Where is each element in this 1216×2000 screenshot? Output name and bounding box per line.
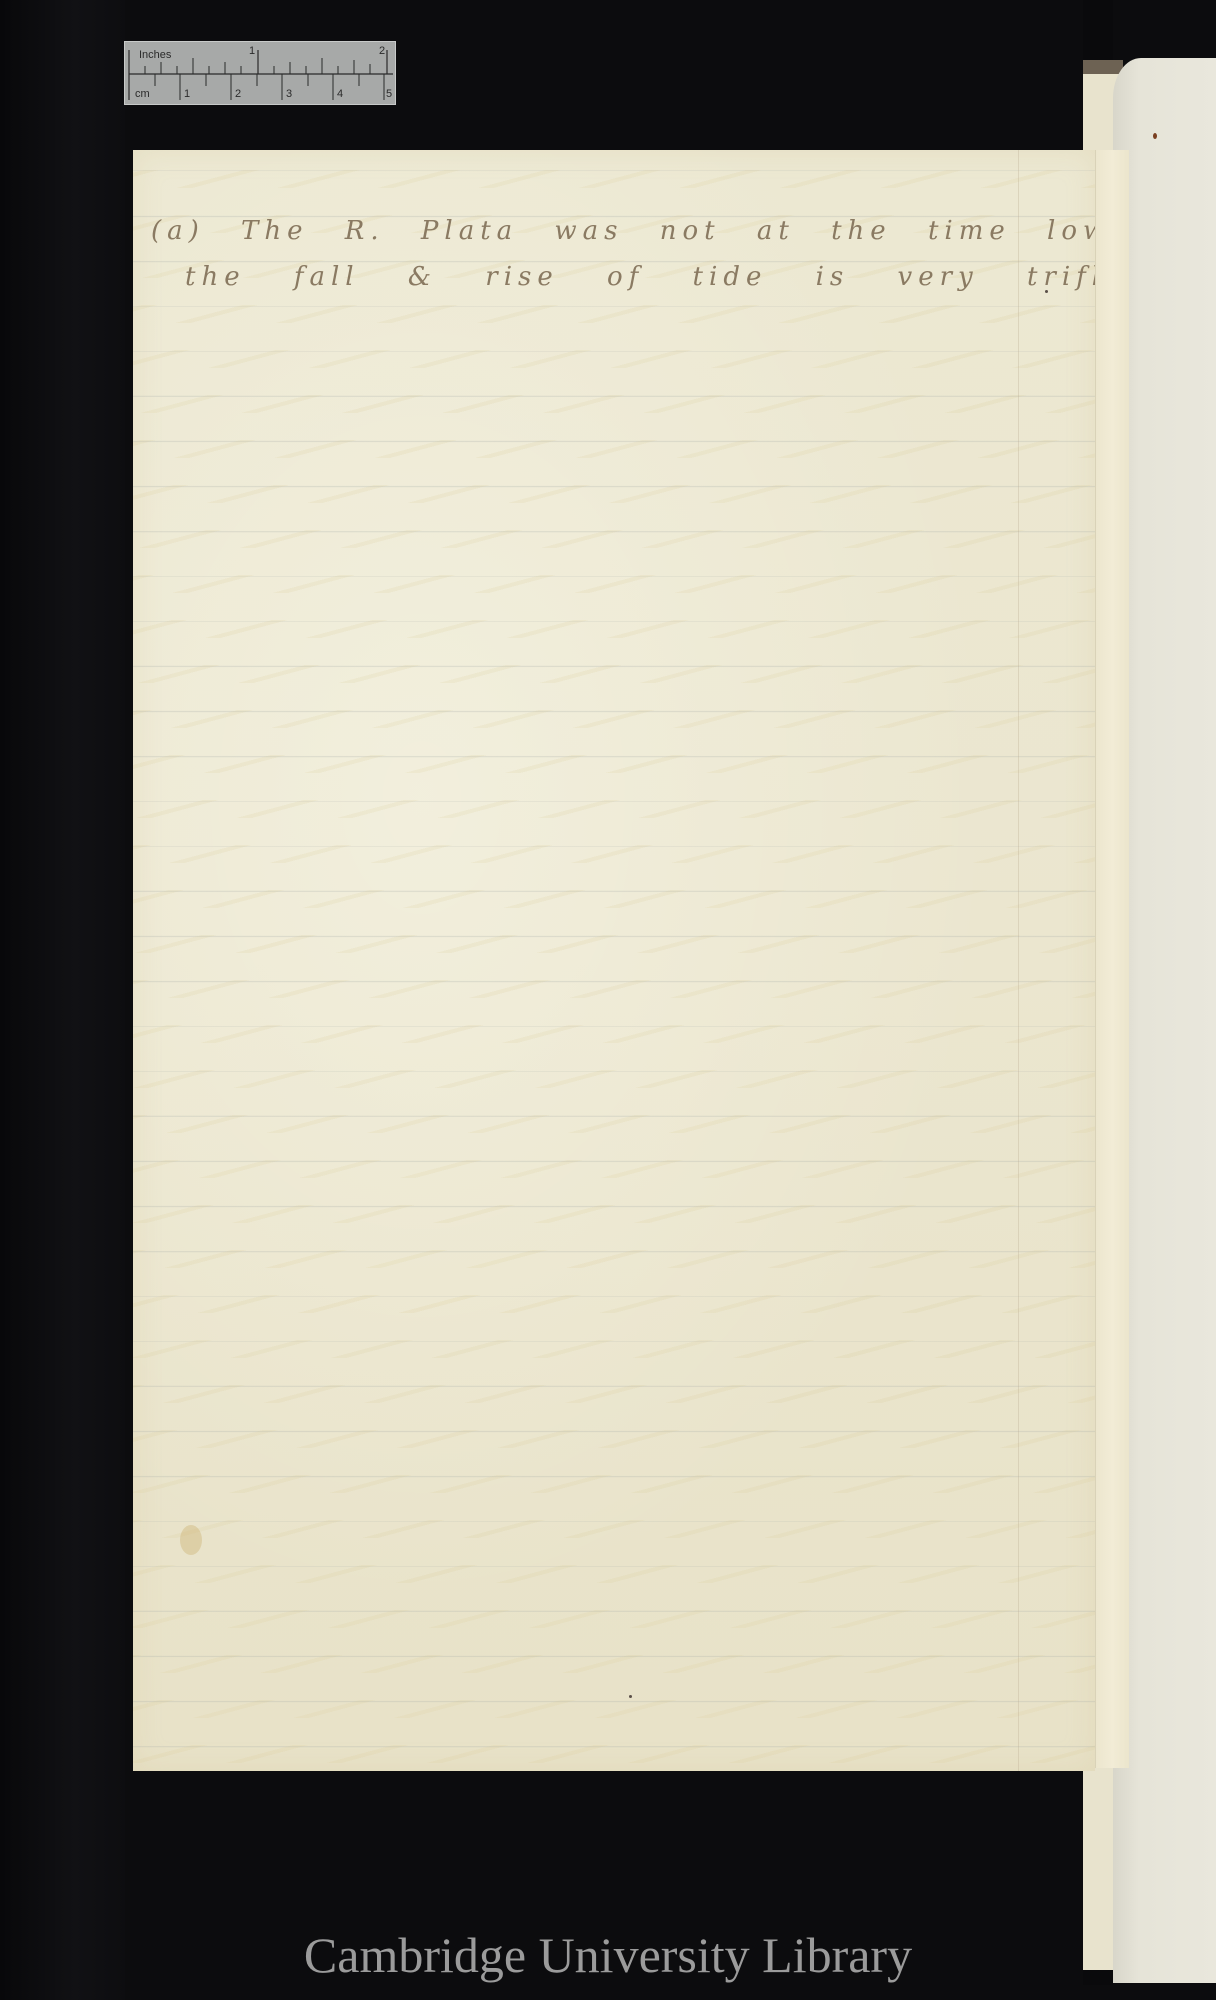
binding-edge xyxy=(1083,60,1123,74)
note-line-1: (a) The R. Plata was not at the time low… xyxy=(151,216,1095,246)
ruler-cm-mark: 1 xyxy=(184,89,190,100)
ruler-cm-mark: 2 xyxy=(235,89,241,100)
ink-spot xyxy=(1153,133,1157,139)
ruler-inches-label: Inches xyxy=(139,50,171,61)
page-fold-strip xyxy=(1095,150,1129,1768)
margin-line xyxy=(1018,150,1019,1771)
ruler-cm-label: cm xyxy=(135,89,150,100)
note-line-2: the fall & rise of tide is very trifling… xyxy=(185,262,1095,292)
bleed-through-writing xyxy=(133,150,1095,1771)
ruler-cm-mark: 3 xyxy=(286,89,292,100)
ruler-inch-mark: 1 xyxy=(249,46,255,57)
scale-ruler: Inches 1 2 cm 1 2 3 4 5 xyxy=(124,41,396,105)
page-stain xyxy=(180,1525,202,1555)
ruler-cm-mark: 4 xyxy=(337,89,343,100)
ruler-inch-mark: 2 xyxy=(379,46,385,57)
backdrop-left xyxy=(0,0,125,2000)
ruler-cm-mark: 5 xyxy=(386,89,392,100)
ink-dot xyxy=(1045,290,1048,293)
ink-dot xyxy=(629,1695,632,1698)
manuscript-page: (a) The R. Plata was not at the time low… xyxy=(133,150,1095,1771)
institution-watermark: Cambridge University Library xyxy=(0,1925,1216,1985)
